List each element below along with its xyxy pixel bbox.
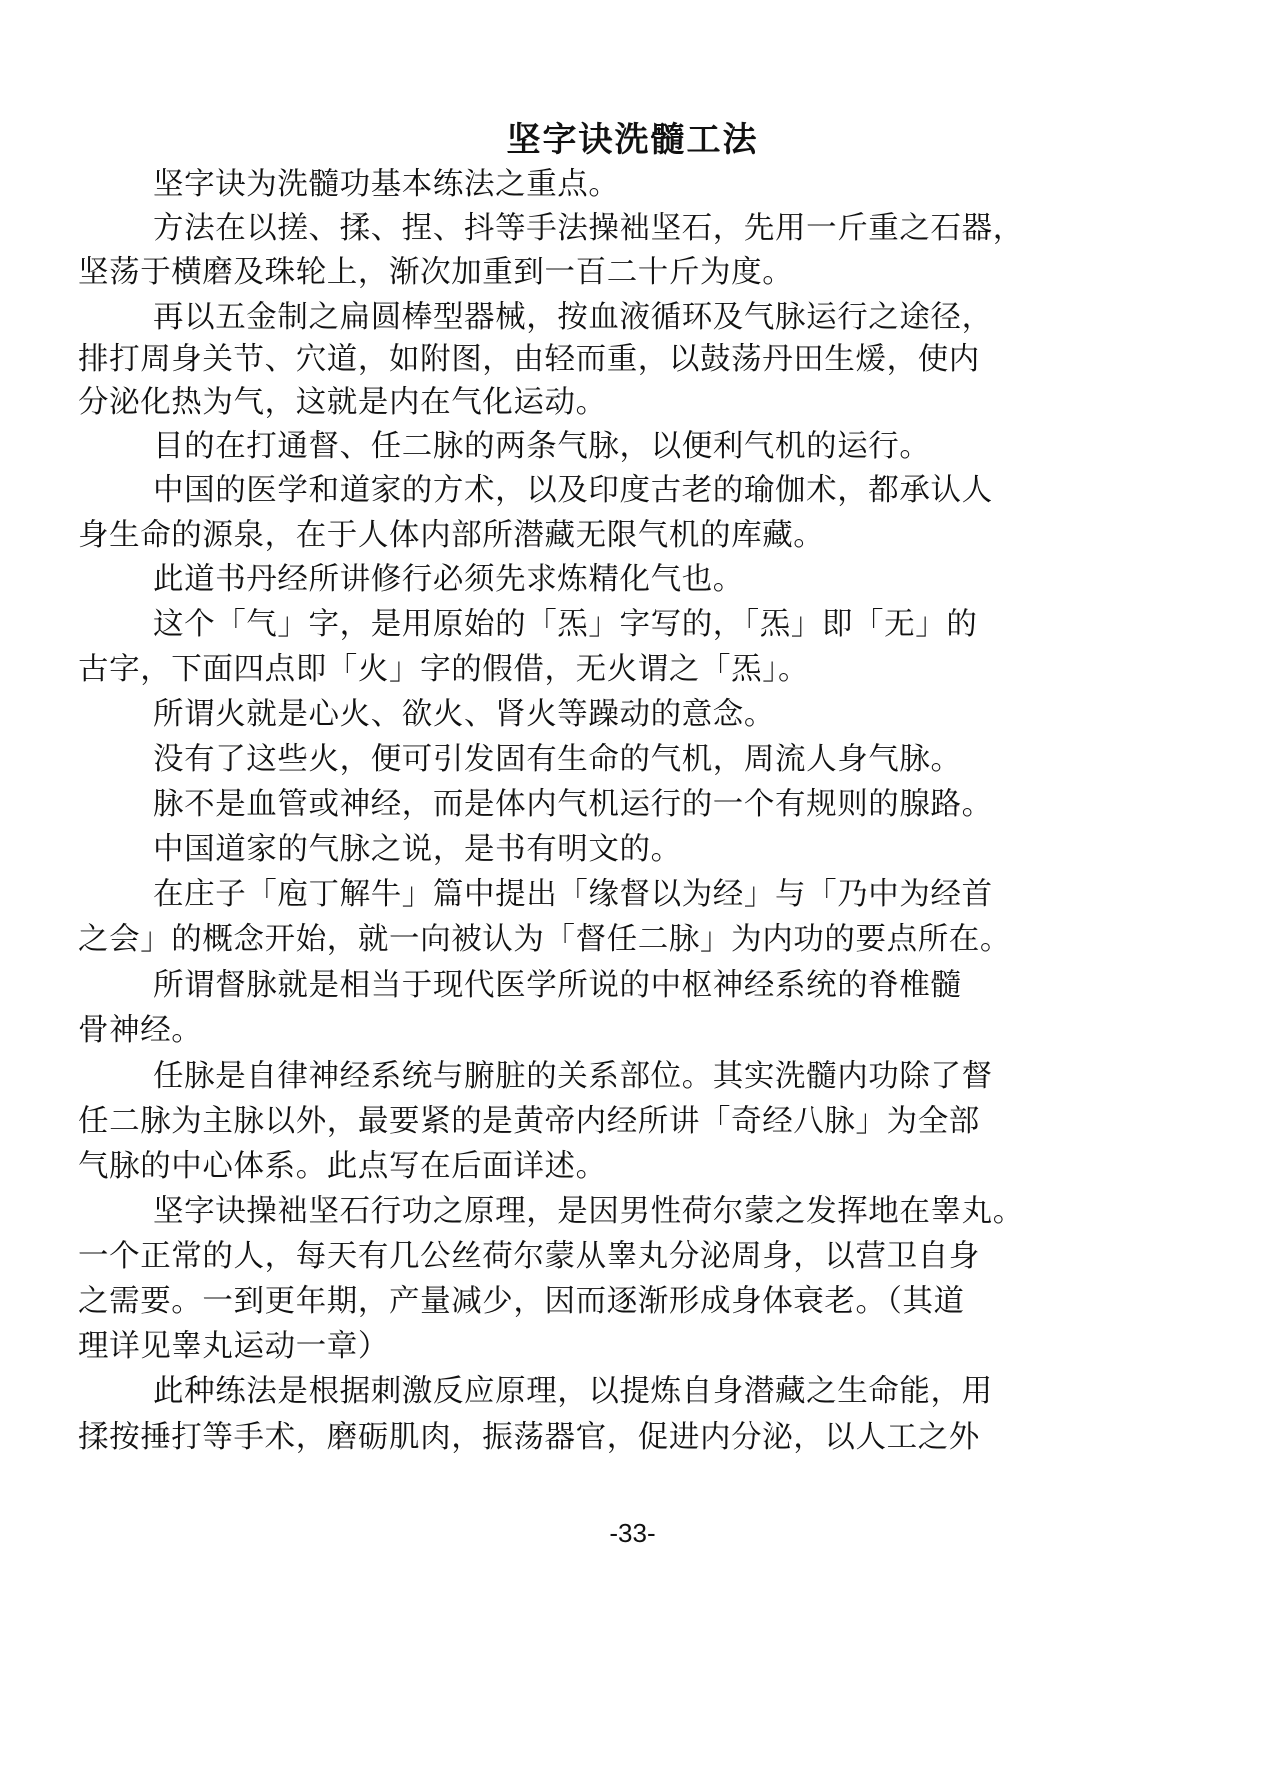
text-line: 古字，下面四点即「火」字的假借，无火谓之「炁」。: [78, 650, 809, 690]
text-line: 此种练法是根据刺激反应原理，以提炼自身潜藏之生命能，用: [153, 1372, 993, 1412]
page-number: -33-: [0, 1518, 1265, 1549]
text-line: 坚字诀为洗髓功基本练法之重点。: [153, 165, 620, 205]
text-line: 分泌化热为气，这就是内在气化运动。: [78, 383, 607, 423]
text-line: 方法在以搓、揉、捏、抖等手法操袦坚石，先用一斤重之石器，: [153, 209, 1024, 249]
text-line: 坚字诀操袦坚石行功之原理，是因男性荷尔蒙之发挥地在睾丸。: [153, 1192, 1024, 1232]
text-line: 脉不是血管或神经，而是体内气机运行的一个有规则的腺路。: [153, 785, 993, 825]
text-line: 坚荡于横磨及珠轮上，渐次加重到一百二十斤为度。: [78, 253, 793, 293]
text-line: 中国道家的气脉之说，是书有明文的。: [153, 830, 682, 870]
text-line: 没有了这些火，便可引发固有生命的气机，周流人身气脉。: [153, 740, 962, 780]
text-line: 气脉的中心体系。此点写在后面详述。: [78, 1147, 607, 1187]
text-line: 之会」的概念开始，就一向被认为「督任二脉」为内功的要点所在。: [78, 920, 1011, 960]
text-line: 揉按捶打等手术，磨砺肌肉，振荡器官，促进内分泌，以人工之外: [78, 1418, 980, 1458]
text-line: 任二脉为主脉以外，最要紧的是黄帝内经所讲「奇经八脉」为全部: [78, 1102, 980, 1142]
text-line: 这个「气」字，是用原始的「炁」字写的，「炁」即「无」的: [153, 605, 977, 645]
text-line: 所谓督脉就是相当于现代医学所说的中枢神经系统的脊椎髓: [153, 966, 962, 1006]
text-line: 此道书丹经所讲修行必须先求炼精化气也。: [153, 560, 744, 600]
text-line: 之需要。一到更年期，产量减少，因而逐渐形成身体衰老。（其道: [78, 1282, 965, 1322]
text-line: 一个正常的人，每天有几公丝荷尔蒙从睾丸分泌周身，以营卫自身: [78, 1237, 980, 1277]
text-line: 在庄子「庖丁解牛」篇中提出「缘督以为经」与「乃中为经首: [153, 875, 993, 915]
text-line: 目的在打通督、任二脉的两条气脉，以便利气机的运行。: [153, 427, 931, 467]
text-line: 中国的医学和道家的方术，以及印度古老的瑜伽术，都承认人: [153, 471, 993, 511]
text-line: 理详见睾丸运动一章）: [78, 1327, 389, 1367]
text-line: 再以五金制之扁圆棒型器械，按血液循环及气脉运行之途径，: [153, 298, 993, 338]
text-line: 身生命的源泉，在于人体内部所潜藏无限气机的库藏。: [78, 516, 824, 556]
text-line: 所谓火就是心火、欲火、肾火等躁动的意念。: [153, 695, 775, 735]
text-line: 骨神经。: [78, 1011, 202, 1051]
page-title: 坚字诀洗髓工法: [0, 112, 1265, 161]
text-line: 任脉是自律神经系统与腑脏的关系部位。其实洗髓内功除了督: [153, 1057, 993, 1097]
text-line: 排打周身关节、穴道，如附图，由轻而重，以鼓荡丹田生煖，使内: [78, 340, 980, 380]
